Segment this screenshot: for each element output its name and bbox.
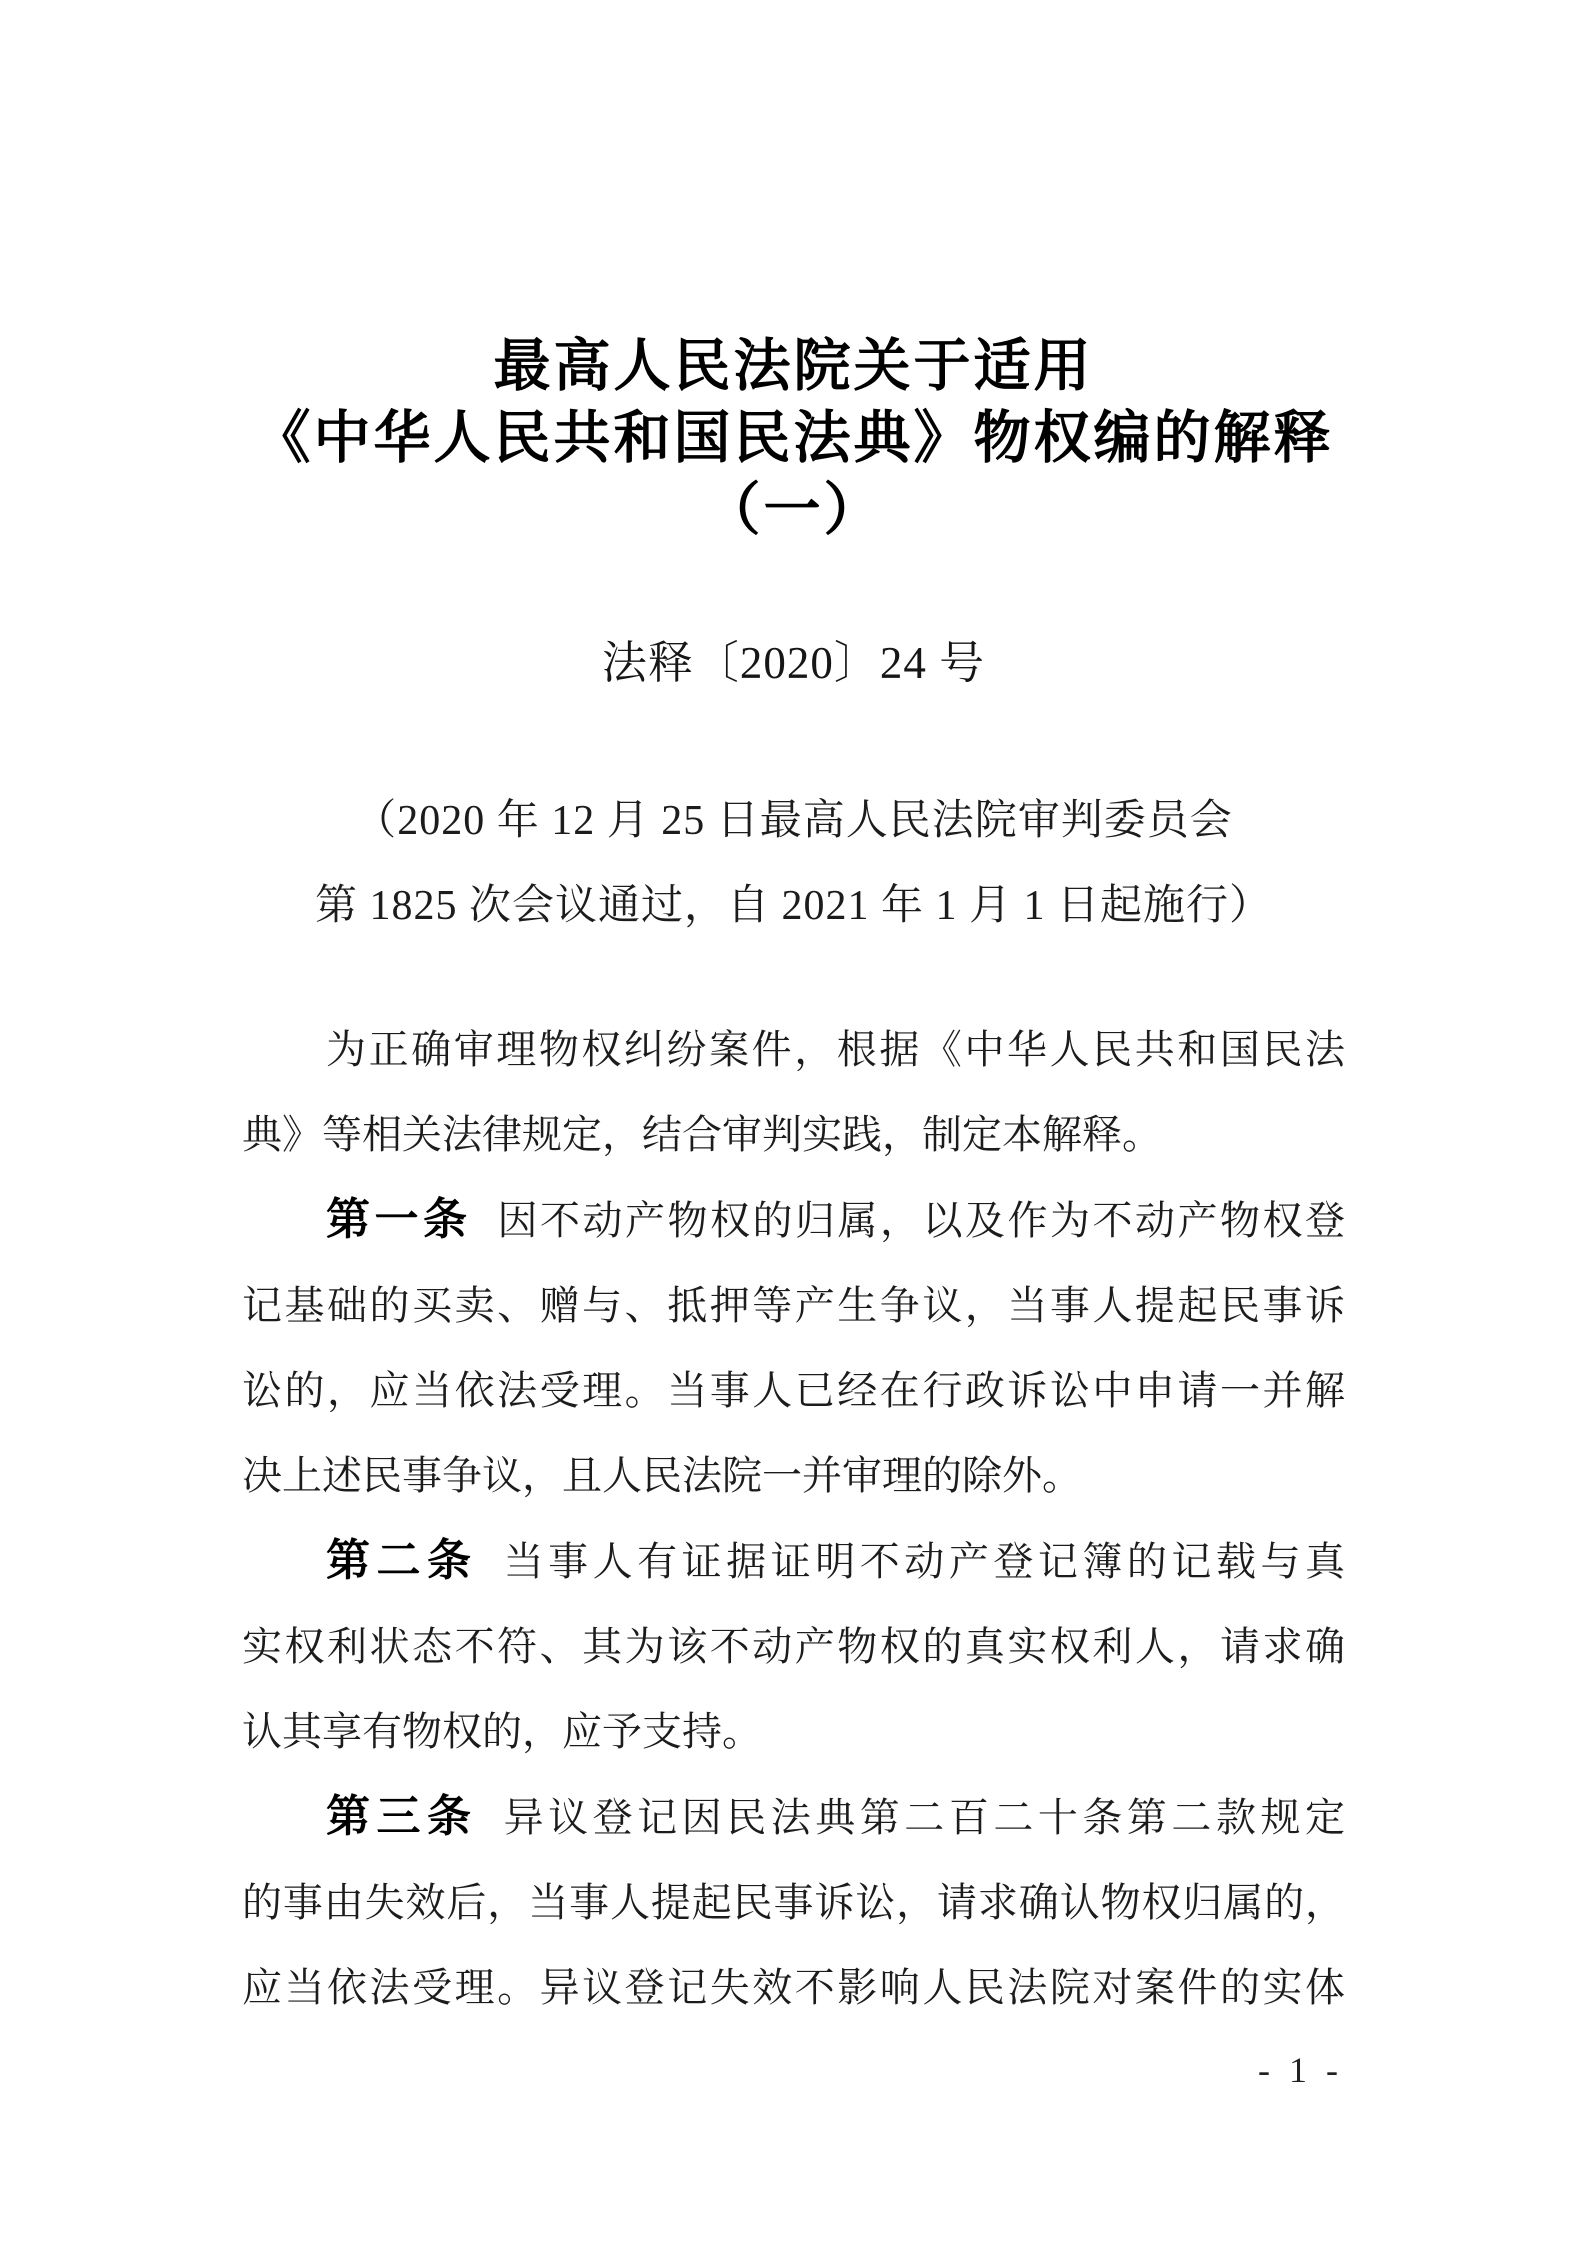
- body-line: 实权利状态不符、其为该不动产物权的真实权利人，请求确: [242, 1604, 1345, 1689]
- body-paragraph: 第一条因不动产物权的归属，以及作为不动产物权登记基础的买卖、赠与、抵押等产生争议…: [242, 1177, 1345, 1518]
- body-line: 第一条因不动产物权的归属，以及作为不动产物权登: [242, 1177, 1345, 1263]
- document-page: 最高人民法院关于适用《中华人民共和国民法典》物权编的解释（一） 法释〔2020〕…: [0, 0, 1587, 2245]
- body-paragraph: 第二条当事人有证据证明不动产登记簿的记载与真实权利状态不符、其为该不动产物权的真…: [242, 1518, 1345, 1774]
- adoption-note: （2020 年 12 月 25 日最高人民法院审判委员会第 1825 次会议通过…: [0, 779, 1587, 949]
- body-paragraph: 为正确审理物权纠纷案件，根据《中华人民共和国民法典》等相关法律规定，结合审判实践…: [242, 1007, 1345, 1177]
- body-line: 典》等相关法律规定，结合审判实践，制定本解释。: [242, 1092, 1345, 1177]
- article-label: 第二条: [326, 1536, 478, 1585]
- document-number: 法释〔2020〕24 号: [0, 634, 1587, 692]
- article-label: 第一条: [326, 1195, 472, 1244]
- body-line: 决上述民事争议，且人民法院一并审理的除外。: [242, 1433, 1345, 1518]
- body-line: 认其享有物权的，应予支持。: [242, 1689, 1345, 1774]
- body-line: 第二条当事人有证据证明不动产登记簿的记载与真: [242, 1518, 1345, 1604]
- body-line: 记基础的买卖、赠与、抵押等产生争议，当事人提起民事诉: [242, 1263, 1345, 1348]
- title-line: 最高人民法院关于适用: [0, 330, 1587, 402]
- body-paragraph: 第三条异议登记因民法典第二百二十条第二款规定的事由失效后，当事人提起民事诉讼，请…: [242, 1774, 1345, 2030]
- document-title: 最高人民法院关于适用《中华人民共和国民法典》物权编的解释（一）: [0, 330, 1587, 546]
- title-line: 《中华人民共和国民法典》物权编的解释: [0, 402, 1587, 474]
- page-number: - 1 -: [1258, 2048, 1343, 2092]
- article-label: 第三条: [326, 1792, 478, 1841]
- body-line: 第三条异议登记因民法典第二百二十条第二款规定: [242, 1774, 1345, 1860]
- adoption-line: 第 1825 次会议通过，自 2021 年 1 月 1 日起施行）: [0, 864, 1587, 949]
- adoption-line: （2020 年 12 月 25 日最高人民法院审判委员会: [0, 779, 1587, 864]
- body-line: 为正确审理物权纠纷案件，根据《中华人民共和国民法: [242, 1007, 1345, 1092]
- title-line: （一）: [0, 474, 1587, 546]
- body-line: 讼的，应当依法受理。当事人已经在行政诉讼中申请一并解: [242, 1348, 1345, 1433]
- body-line: 的事由失效后，当事人提起民事诉讼，请求确认物权归属的，: [242, 1860, 1345, 1945]
- body-line: 应当依法受理。异议登记失效不影响人民法院对案件的实体: [242, 1945, 1345, 2030]
- document-body: 为正确审理物权纠纷案件，根据《中华人民共和国民法典》等相关法律规定，结合审判实践…: [242, 1007, 1345, 2030]
